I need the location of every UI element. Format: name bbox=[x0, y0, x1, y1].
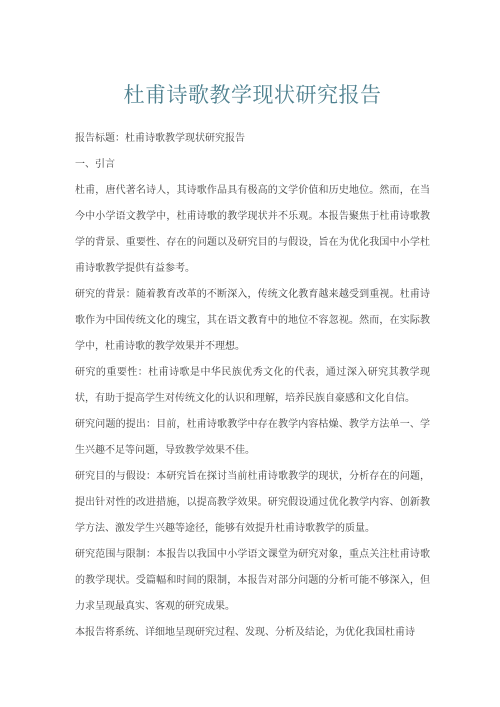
paragraph: 研究范围与限制：本报告以我国中小学语文课堂为研究对象，重点关注杜甫诗歌的教学现状… bbox=[75, 542, 430, 620]
body-paragraphs: 杜甫，唐代著名诗人，其诗歌作品具有极高的文学价值和历史地位。然而，在当今中小学语… bbox=[75, 178, 430, 646]
report-title-line: 报告标题：杜甫诗歌教学现状研究报告 bbox=[75, 126, 430, 152]
paragraph: 本报告将系统、详细地呈现研究过程、发现、分析及结论，为优化我国杜甫诗 bbox=[75, 620, 430, 646]
paragraph: 研究的重要性：杜甫诗歌是中华民族优秀文化的代表，通过深入研究其教学现状，有助于提… bbox=[75, 360, 430, 412]
paragraph: 研究目的与假设：本研究旨在探讨当前杜甫诗歌教学的现状，分析存在的问题，提出针对性… bbox=[75, 464, 430, 542]
document-title: 杜甫诗歌教学现状研究报告 bbox=[75, 81, 430, 111]
paragraph: 研究问题的提出：目前，杜甫诗歌教学中存在教学内容枯燥、教学方法单一、学生兴趣不足… bbox=[75, 412, 430, 464]
paragraph: 杜甫，唐代著名诗人，其诗歌作品具有极高的文学价值和历史地位。然而，在当今中小学语… bbox=[75, 178, 430, 282]
document-page: 杜甫诗歌教学现状研究报告 报告标题：杜甫诗歌教学现状研究报告 一、引言 杜甫，唐… bbox=[0, 0, 500, 707]
paragraph: 研究的背景：随着教育改革的不断深入，传统文化教育越来越受到重视。杜甫诗歌作为中国… bbox=[75, 282, 430, 360]
document-body: 报告标题：杜甫诗歌教学现状研究报告 一、引言 杜甫，唐代著名诗人，其诗歌作品具有… bbox=[75, 126, 430, 646]
section-heading: 一、引言 bbox=[75, 152, 430, 178]
